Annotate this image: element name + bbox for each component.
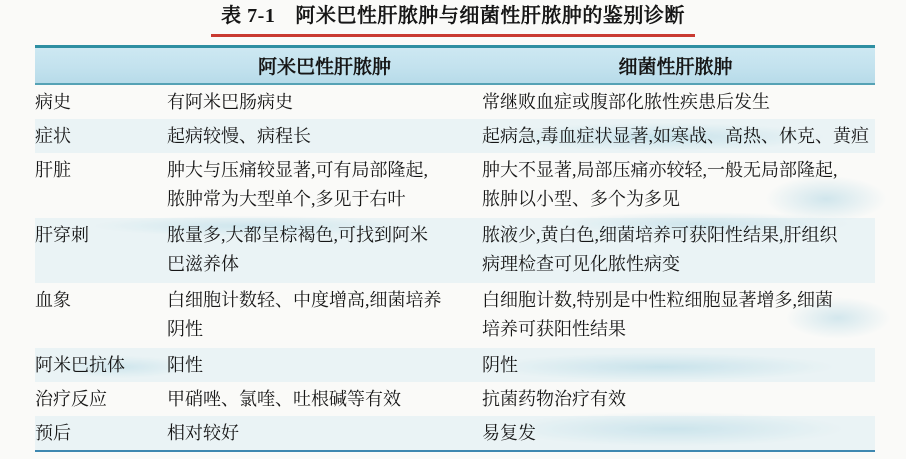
header-bacterial-abscess: 细菌性肝脓肿 [482, 52, 875, 79]
amebic-cell: 肿大与压痛较显著,可有局部隆起, 脓肿常为大型单个,多见于右叶 [167, 153, 482, 218]
amebic-cell: 阳性 [167, 348, 482, 382]
cell-line: 肿大不显著,局部压痛亦较轻,一般无局部隆起, [482, 156, 875, 185]
cell-line: 巴滋养体 [167, 250, 482, 279]
cell-line: 病理检查可见化脓性病变 [482, 250, 875, 279]
cell-line: 白细胞计数轻、中度增高,细菌培养 [167, 286, 482, 315]
row-label: 肝脏 [35, 153, 167, 218]
cell-line: 脓液少,黄白色,细菌培养可获阳性结果,肝组织 [482, 221, 875, 250]
cell-line: 起病急,毒血症状显著,如寒战、高热、休克、黄疸 [482, 122, 875, 151]
table-title: 阿米巴性肝脓肿与细菌性肝脓肿的鉴别诊断 [295, 5, 685, 27]
row-label: 阿米巴抗体 [35, 348, 167, 382]
bacterial-cell: 阴性 [482, 348, 875, 382]
cell-line: 甲硝唑、氯喹、吐根碱等有效 [167, 385, 482, 414]
table-row-liver-puncture: 肝穿刺 脓量多,大都呈棕褐色,可找到阿米 巴滋养体 脓液少,黄白色,细菌培养可获… [35, 218, 875, 283]
table-row-amebic-antibody: 阿米巴抗体 阳性 阴性 [35, 348, 875, 382]
table-row-treatment-response: 治疗反应 甲硝唑、氯喹、吐根碱等有效 抗菌药物治疗有效 [35, 382, 875, 416]
cell-line: 相对较好 [167, 419, 482, 448]
header-amebic-abscess: 阿米巴性肝脓肿 [167, 52, 482, 79]
table-row-blood-count: 血象 白细胞计数轻、中度增高,细菌培养 阴性 白细胞计数,特别是中性粒细胞显著增… [35, 283, 875, 348]
amebic-cell: 脓量多,大都呈棕褐色,可找到阿米 巴滋养体 [167, 218, 482, 283]
cell-line: 培养可获阳性结果 [482, 315, 875, 344]
amebic-cell: 有阿米巴肠病史 [167, 85, 482, 119]
bacterial-cell: 脓液少,黄白色,细菌培养可获阳性结果,肝组织 病理检查可见化脓性病变 [482, 218, 875, 283]
bacterial-cell: 常继败血症或腹部化脓性疾患后发生 [482, 85, 875, 119]
cell-line: 有阿米巴肠病史 [167, 88, 482, 117]
cell-line: 白细胞计数,特别是中性粒细胞显著增多,细菌 [482, 286, 875, 315]
row-label: 病史 [35, 85, 167, 119]
row-label: 症状 [35, 119, 167, 153]
table-row-symptoms: 症状 起病较慢、病程长 起病急,毒血症状显著,如寒战、高热、休克、黄疸 [35, 119, 875, 153]
bacterial-cell: 白细胞计数,特别是中性粒细胞显著增多,细菌 培养可获阳性结果 [482, 283, 875, 348]
bacterial-cell: 抗菌药物治疗有效 [482, 382, 875, 416]
cell-line: 肿大与压痛较显著,可有局部隆起, [167, 156, 482, 185]
cell-line: 阳性 [167, 351, 482, 380]
row-label: 治疗反应 [35, 382, 167, 416]
table-body: 病史 有阿米巴肠病史 常继败血症或腹部化脓性疾患后发生 症状 起病较慢、病程长 … [35, 85, 875, 452]
table-row-prognosis: 预后 相对较好 易复发 [35, 416, 875, 450]
row-label: 预后 [35, 416, 167, 450]
cell-line: 抗菌药物治疗有效 [482, 385, 875, 414]
cell-line: 阴性 [482, 351, 875, 380]
bacterial-cell: 肿大不显著,局部压痛亦较轻,一般无局部隆起, 脓肿以小型、多个为多见 [482, 153, 875, 218]
cell-line: 脓肿以小型、多个为多见 [482, 185, 875, 214]
scanned-textbook-page: 表 7-1阿米巴性肝脓肿与细菌性肝脓肿的鉴别诊断 阿米巴性肝脓肿 细菌性肝脓肿 … [0, 0, 906, 459]
table-number: 表 7-1 [221, 5, 275, 27]
amebic-cell: 白细胞计数轻、中度增高,细菌培养 阴性 [167, 283, 482, 348]
cell-line: 脓肿常为大型单个,多见于右叶 [167, 185, 482, 214]
amebic-cell: 起病较慢、病程长 [167, 119, 482, 153]
table-header-row: 阿米巴性肝脓肿 细菌性肝脓肿 [35, 45, 875, 85]
row-label: 肝穿刺 [35, 218, 167, 283]
amebic-cell: 甲硝唑、氯喹、吐根碱等有效 [167, 382, 482, 416]
amebic-cell: 相对较好 [167, 416, 482, 450]
cell-line: 起病较慢、病程长 [167, 122, 482, 151]
table-row-liver: 肝脏 肿大与压痛较显著,可有局部隆起, 脓肿常为大型单个,多见于右叶 肿大不显著… [35, 153, 875, 218]
table-row-history: 病史 有阿米巴肠病史 常继败血症或腹部化脓性疾患后发生 [35, 85, 875, 119]
bacterial-cell: 易复发 [482, 416, 875, 450]
cell-line: 阴性 [167, 315, 482, 344]
bacterial-cell: 起病急,毒血症状显著,如寒战、高热、休克、黄疸 [482, 119, 875, 153]
differential-diagnosis-table: 阿米巴性肝脓肿 细菌性肝脓肿 病史 有阿米巴肠病史 常继败血症或腹部化脓性疾患后… [35, 45, 875, 452]
table-caption: 表 7-1阿米巴性肝脓肿与细菌性肝脓肿的鉴别诊断 [0, 4, 906, 37]
cell-line: 常继败血症或腹部化脓性疾患后发生 [482, 88, 875, 117]
caption-red-underline: 表 7-1阿米巴性肝脓肿与细菌性肝脓肿的鉴别诊断 [211, 4, 695, 37]
cell-line: 易复发 [482, 419, 875, 448]
cell-line: 脓量多,大都呈棕褐色,可找到阿米 [167, 221, 482, 250]
row-label: 血象 [35, 283, 167, 348]
